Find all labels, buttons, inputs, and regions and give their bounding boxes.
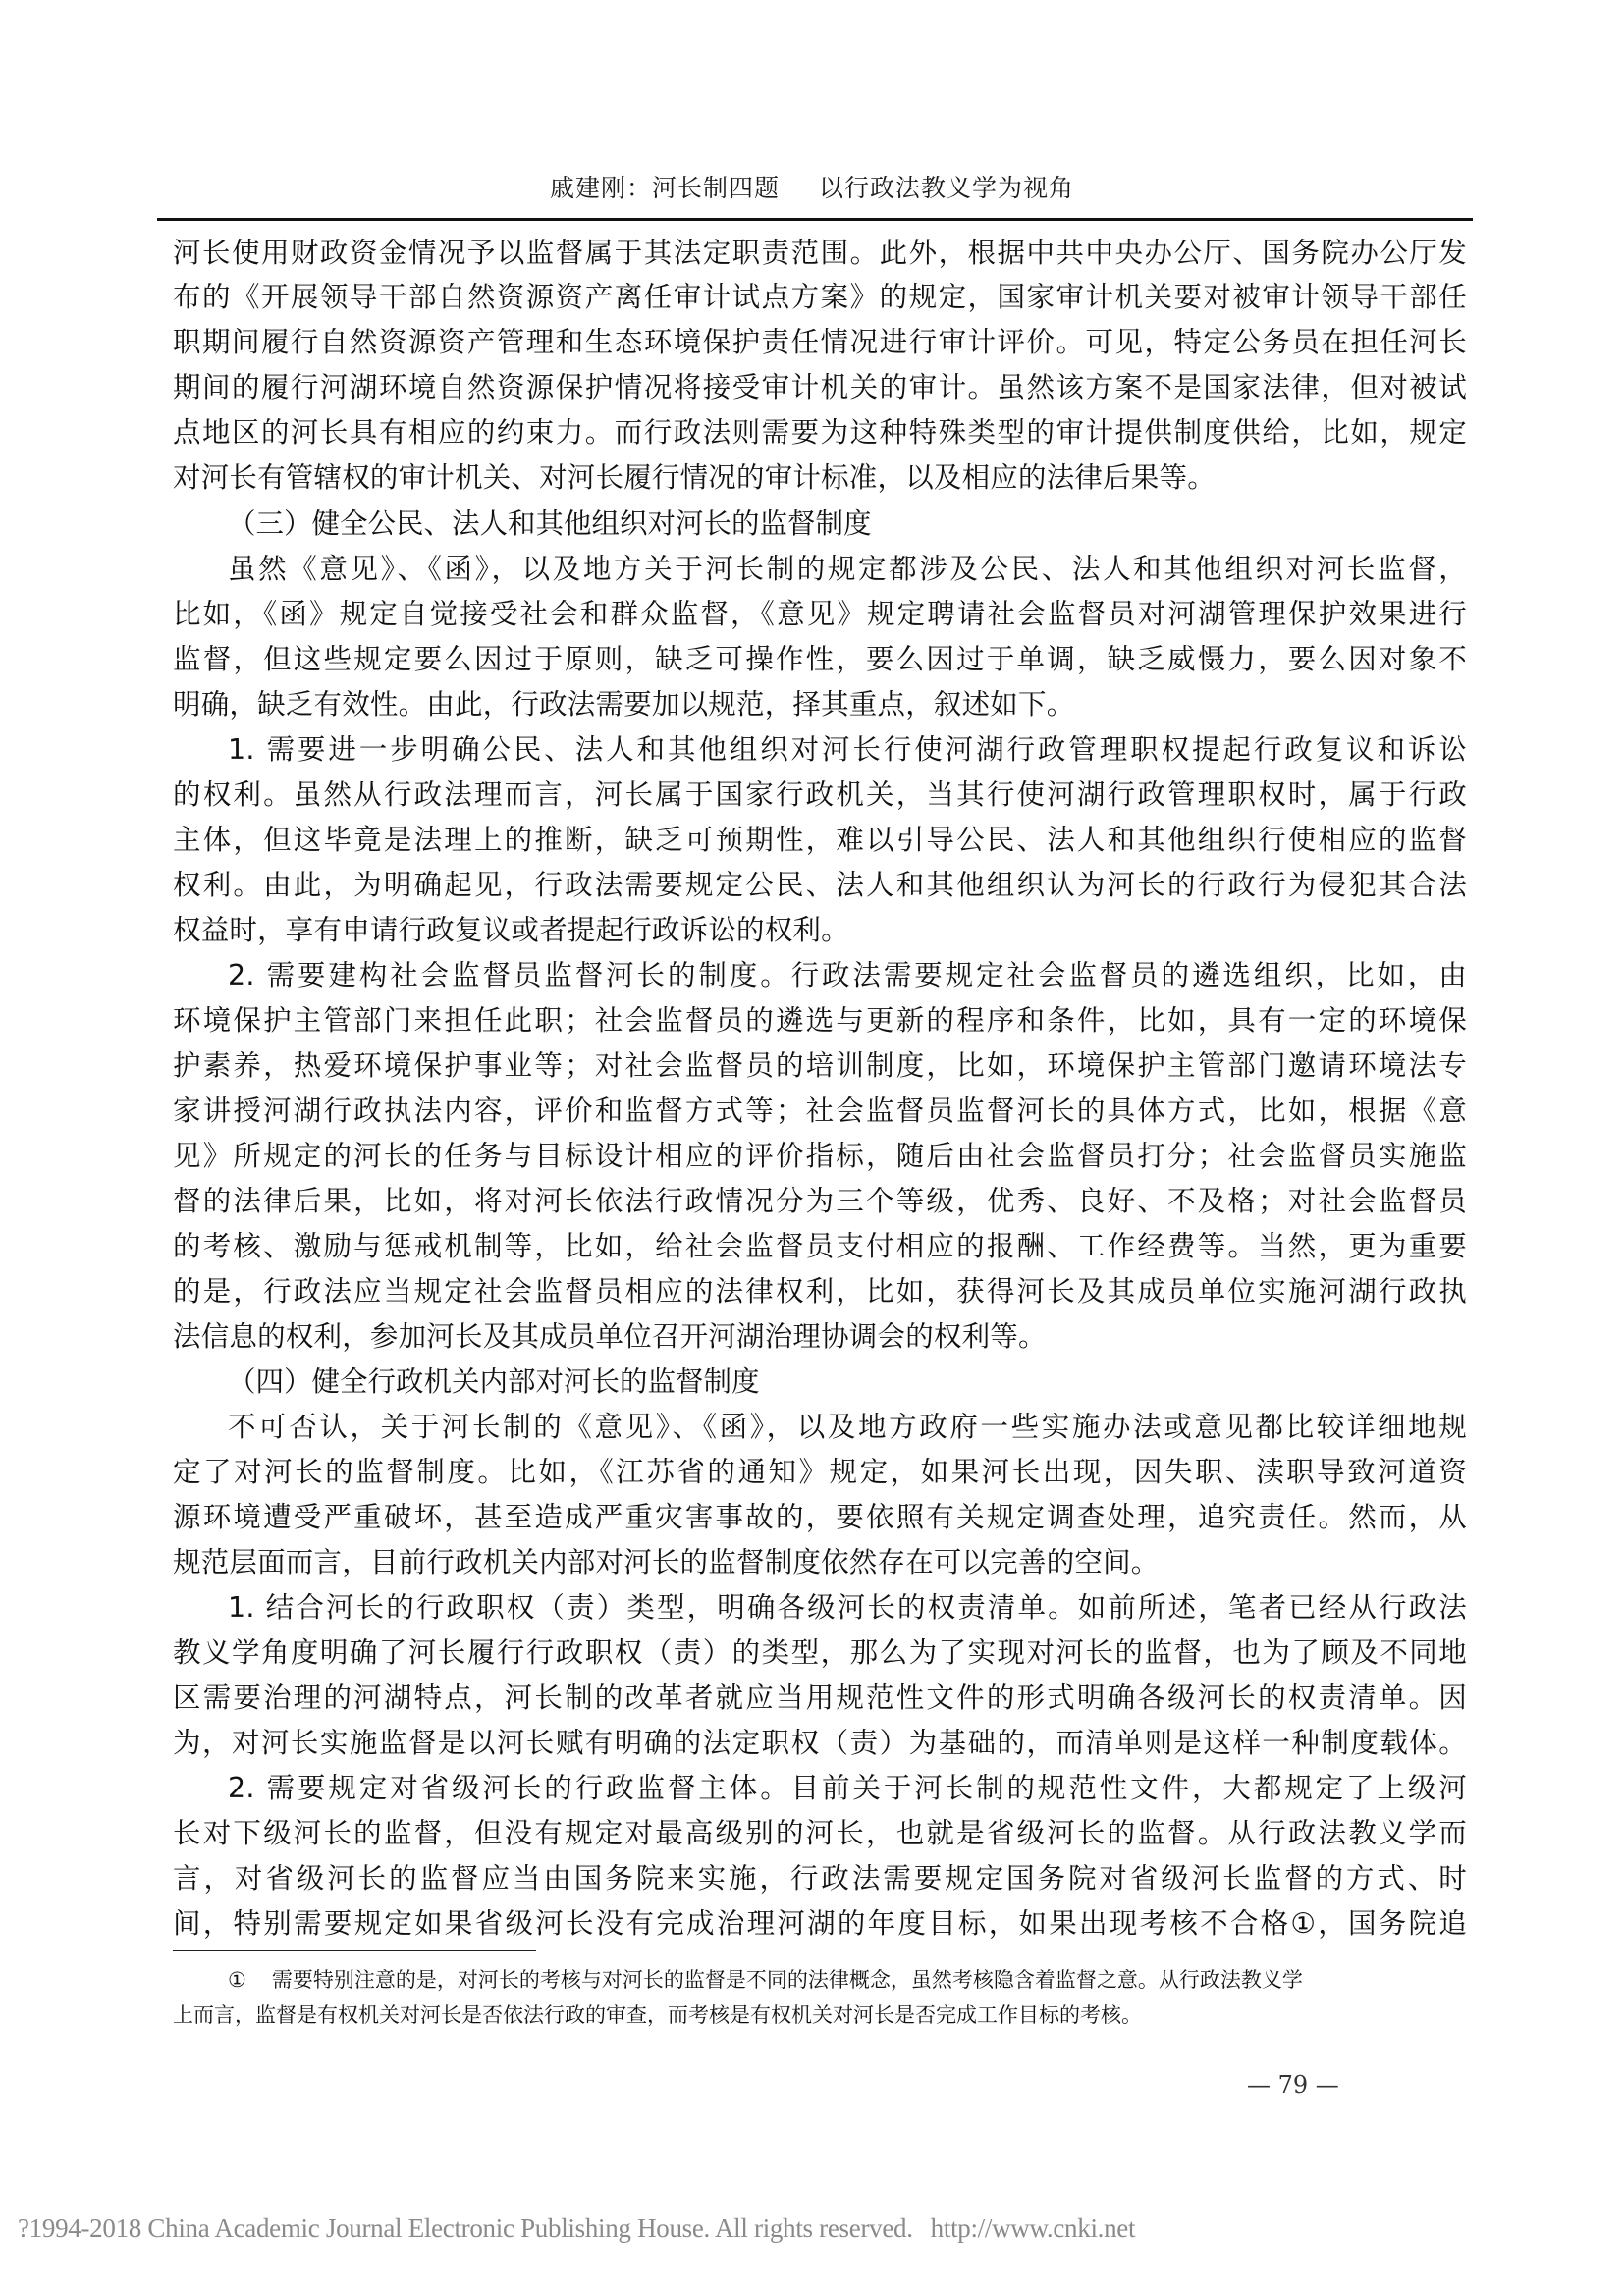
footnote-text-1: 需要特别注意的是，对河长的考核与对河长的监督是不同的法律概念，虽然考核隐含着监督…	[272, 1968, 1303, 1992]
body-line: 对河长有管辖权的审计机关、对河长履行情况的审计标准，以及相应的法律后果等。	[173, 458, 1467, 498]
body-line: 比如，《函》规定自觉接受社会和群众监督，《意见》规定聘请社会监督员对河湖管理保护…	[173, 595, 1467, 634]
footnote-line-2: 上而言，监督是有权机关对河长是否依法行政的审查，而考核是有权机关对河长是否完成工…	[173, 2001, 1142, 2030]
body-line: 见》所规定的河长的任务与目标设计相应的评价指标，随后由社会监督员打分；社会监督员…	[173, 1137, 1467, 1176]
footnote-rule	[173, 1950, 536, 1951]
body-line: 不可否认，关于河长制的《意见》、《函》，以及地方政府一些实施办法或意见都比较详细…	[228, 1408, 1467, 1447]
article-subtitle: 以行政法教义学为视角	[819, 174, 1074, 202]
body-line: 主体，但这毕竟是法理上的推断，缺乏可预期性，难以引导公民、法人和其他组织行使相应…	[173, 821, 1467, 860]
running-head: 戚建刚：河长制四题以行政法教义学为视角	[0, 169, 1624, 204]
body-line: 言，对省级河长的监督应当由国务院来实施，行政法需要规定国务院对省级河长监督的方式…	[173, 1859, 1467, 1898]
body-line: 为，对河长实施监督是以河长赋有明确的法定职权（责）为基础的，而清单则是这样一种制…	[173, 1724, 1467, 1763]
body-line: 定了对河长的监督制度。比如，《江苏省的通知》规定，如果河长出现，因失职、渎职导致…	[173, 1453, 1467, 1492]
body-line: 督的法律后果，比如，将对河长依法行政情况分为三个等级，优秀、良好、不及格；对社会…	[173, 1182, 1467, 1221]
body-line: 源环境遭受严重破坏，甚至造成严重灾害事故的，要依照有关规定调查处理，追究责任。然…	[173, 1498, 1467, 1537]
section-heading: （四）健全行政机关内部对河长的监督制度	[228, 1362, 760, 1402]
paper-page: 戚建刚：河长制四题以行政法教义学为视角 河长使用财政资金情况予以监督属于其法定职…	[0, 0, 1624, 2296]
body-line: 布的《开展领导干部自然资源资产离任审计试点方案》的规定，国家审计机关要对被审计领…	[173, 278, 1467, 317]
body-line: 虽然《意见》、《函》，以及地方关于河长制的规定都涉及公民、法人和其他组织对河长监…	[228, 550, 1467, 589]
footnote-marker: ①	[228, 1968, 246, 1992]
body-line: 1. 需要进一步明确公民、法人和其他组织对河长行使河湖行政管理职权提起行政复议和…	[228, 730, 1467, 770]
body-line: 的是，行政法应当规定社会监督员相应的法律权利，比如，获得河长及其成员单位实施河湖…	[173, 1272, 1467, 1311]
body-line: 明确，缺乏有效性。由此，行政法需要加以规范，择其重点，叙述如下。	[173, 685, 1467, 724]
body-line: 2. 需要规定对省级河长的行政监督主体。目前关于河长制的规范性文件，大都规定了上…	[228, 1769, 1467, 1808]
body-line: 权益时，享有申请行政复议或者提起行政诉讼的权利。	[173, 911, 1467, 950]
copyright-watermark: ?1994-2018 China Academic Journal Electr…	[18, 2214, 1135, 2244]
author-name: 戚建刚	[550, 174, 626, 202]
body-line: 长对下级河长的监督，但没有规定对最高级别的河长，也就是省级河长的监督。从行政法教…	[173, 1814, 1467, 1853]
body-line: 法信息的权利，参加河长及其成员单位召开河湖治理协调会的权利等。	[173, 1317, 1467, 1357]
article-title: 河长制四题	[652, 174, 780, 202]
body-line: 职期间履行自然资源资产管理和生态环境保护责任情况进行审计评价。可见，特定公务员在…	[173, 323, 1467, 362]
body-line: 河长使用财政资金情况予以监督属于其法定职责范围。此外，根据中共中央办公厅、国务院…	[173, 234, 1467, 273]
body-line: 1. 结合河长的行政职权（责）类型，明确各级河长的权责清单。如前所述，笔者已经从…	[228, 1588, 1467, 1628]
page-number: — 79 —	[1247, 2071, 1339, 2099]
body-line: 的权利。虽然从行政法理而言，河长属于国家行政机关，当其行使河湖行政管理职权时，属…	[173, 775, 1467, 815]
body-line: 区需要治理的河湖特点，河长制的改革者就应当用规范性文件的形式明确各级河长的权责清…	[173, 1679, 1467, 1718]
body-line: 护素养，热爱环境保护事业等；对社会监督员的培训制度，比如，环境保护主管部门邀请环…	[173, 1046, 1467, 1086]
body-line: 的考核、激励与惩戒机制等，比如，给社会监督员支付相应的报酬、工作经费等。当然，更…	[173, 1227, 1467, 1266]
body-line: 家讲授河湖行政执法内容，评价和监督方式等；社会监督员监督河长的具体方式，比如，根…	[173, 1092, 1467, 1131]
head-separator: ：	[626, 174, 652, 202]
footnote-line-1: ①需要特别注意的是，对河长的考核与对河长的监督是不同的法律概念，虽然考核隐含着监…	[228, 1965, 1303, 1995]
body-line: 期间的履行河湖环境自然资源保护情况将接受审计机关的审计。虽然该方案不是国家法律，…	[173, 368, 1467, 407]
body-line: 规范层面而言，目前行政机关内部对河长的监督制度依然存在可以完善的空间。	[173, 1543, 1467, 1582]
header-rule	[157, 218, 1473, 221]
body-line: 教义学角度明确了河长履行行政职权（责）的类型，那么为了实现对河长的监督，也为了顾…	[173, 1633, 1467, 1673]
body-line: 2. 需要建构社会监督员监督河长的制度。行政法需要规定社会监督员的遴选组织，比如…	[228, 956, 1467, 995]
copyright-text: ?1994-2018 China Academic Journal Electr…	[18, 2214, 913, 2243]
body-line: 点地区的河长具有相应的约束力。而行政法则需要为这种特殊类型的审计提供制度供给，比…	[173, 413, 1467, 453]
body-line: 监督，但这些规定要么因过于原则，缺乏可操作性，要么因过于单调，缺乏威慑力，要么因…	[173, 640, 1467, 679]
body-line: 间，特别需要规定如果省级河长没有完成治理河湖的年度目标，如果出现考核不合格①，国…	[173, 1904, 1467, 1944]
body-line: 环境保护主管部门来担任此职；社会监督员的遴选与更新的程序和条件，比如，具有一定的…	[173, 1001, 1467, 1041]
section-heading: （三）健全公民、法人和其他组织对河长的监督制度	[228, 505, 872, 544]
body-line: 权利。由此，为明确起见，行政法需要规定公民、法人和其他组织认为河长的行政行为侵犯…	[173, 866, 1467, 905]
cnki-url[interactable]: http://www.cnki.net	[931, 2214, 1136, 2243]
